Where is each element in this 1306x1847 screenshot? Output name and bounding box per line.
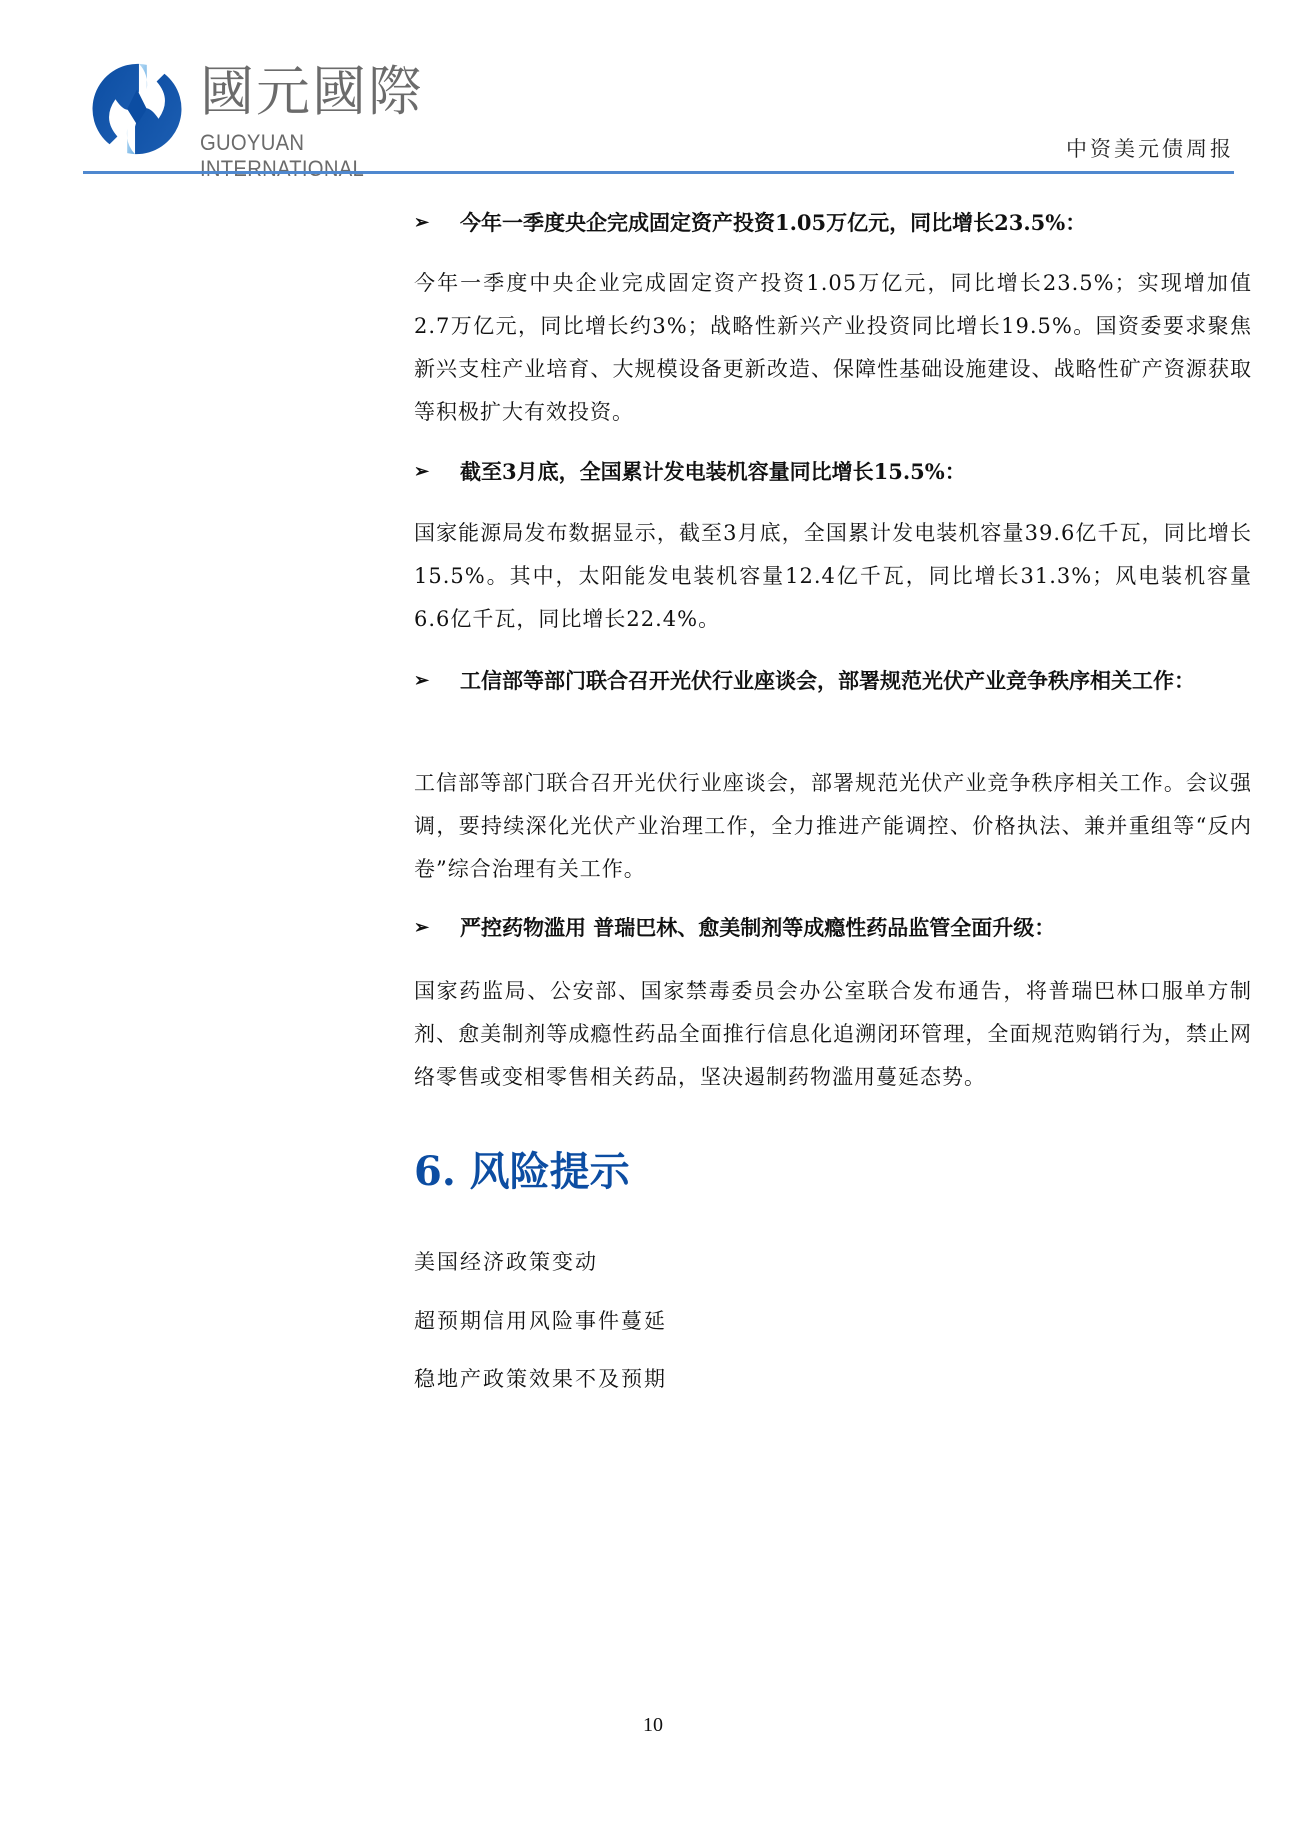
news-body: 国家药监局、公安部、国家禁毒委员会办公室联合发布通告，将普瑞巴林口服单方制剂、愈… — [414, 970, 1252, 1099]
news-body: 国家能源局发布数据显示，截至3月底，全国累计发电装机容量39.6亿千瓦，同比增长… — [414, 512, 1252, 641]
risk-item: 超预期信用风险事件蔓延 — [414, 1305, 667, 1335]
header-divider — [83, 171, 1234, 174]
news-heading: ➢ 今年一季度央企完成固定资产投资1.05万亿元，同比增长23.5%： — [414, 202, 1250, 244]
news-heading: ➢ 截至3月底，全国累计发电装机容量同比增长15.5%： — [414, 451, 1250, 493]
section-heading-risk: 6. 风险提示 — [414, 1140, 630, 1197]
report-title: 中资美元债周报 — [1066, 133, 1234, 163]
logo-chinese-name: 國元國際 — [200, 62, 424, 122]
bullet-arrow-icon: ➢ — [414, 907, 429, 949]
news-heading: ➢ 严控药物滥用 普瑞巴林、愈美制剂等成瘾性药品监管全面升级： — [414, 907, 1250, 949]
guoyuan-logo-icon — [88, 60, 186, 158]
news-body: 今年一季度中央企业完成固定资产投资1.05万亿元，同比增长23.5%；实现增加值… — [414, 262, 1252, 434]
page-number: 10 — [0, 1714, 1306, 1737]
company-logo: 國元國際 GUOYUAN INTERNATIONAL — [88, 58, 468, 158]
logo-english-name: GUOYUAN INTERNATIONAL — [200, 130, 447, 182]
news-heading: ➢ 工信部等部门联合召开光伏行业座谈会，部署规范光伏产业竞争秩序相关工作： — [414, 660, 1250, 702]
bullet-arrow-icon: ➢ — [414, 202, 429, 244]
risk-item: 美国经济政策变动 — [414, 1246, 598, 1276]
bullet-arrow-icon: ➢ — [414, 660, 429, 702]
risk-item: 稳地产政策效果不及预期 — [414, 1363, 667, 1393]
news-body: 工信部等部门联合召开光伏行业座谈会，部署规范光伏产业竞争秩序相关工作。会议强调，… — [414, 762, 1252, 891]
bullet-arrow-icon: ➢ — [414, 451, 429, 493]
